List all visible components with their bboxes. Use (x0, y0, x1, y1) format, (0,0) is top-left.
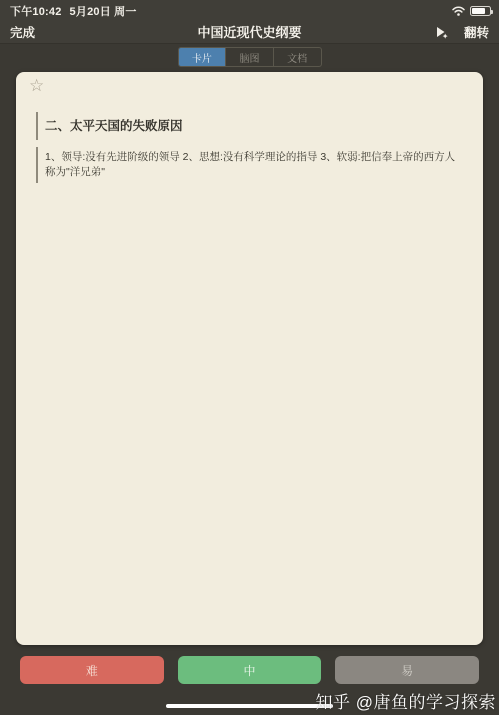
battery-icon (470, 6, 491, 16)
rating-button-row: 难 中 易 (20, 656, 479, 684)
status-datetime: 下午10:42 5月20日 周一 (10, 3, 137, 19)
rate-easy-button[interactable]: 易 (335, 656, 479, 684)
nav-actions: 翻转 (434, 23, 489, 41)
card-question-block: 二、太平天国的失败原因 (36, 112, 459, 140)
rate-medium-button[interactable]: 中 (178, 656, 322, 684)
view-switcher-row: 卡片 脑图 文档 (0, 47, 499, 67)
status-icons (452, 6, 491, 16)
tab-document[interactable]: 文档 (273, 48, 321, 66)
view-switcher: 卡片 脑图 文档 (178, 47, 322, 67)
top-bar: 下午10:42 5月20日 周一 完成 中国近现代史纲要 (0, 0, 499, 44)
status-date: 5月20日 周一 (70, 3, 137, 19)
navigation-bar: 完成 中国近现代史纲要 翻转 (0, 20, 499, 43)
app-screen: 下午10:42 5月20日 周一 完成 中国近现代史纲要 (0, 0, 499, 715)
watermark: 知乎 @唐鱼的学习探索 (316, 688, 496, 713)
speak-icon[interactable] (434, 25, 450, 39)
status-time: 下午10:42 (10, 3, 62, 19)
card-answer: 1、领导:没有先进阶级的领导 2、思想:没有科学理论的指导 3、软弱:把信奉上帝… (45, 150, 459, 180)
rate-hard-button[interactable]: 难 (20, 656, 164, 684)
card-answer-block: 1、领导:没有先进阶级的领导 2、思想:没有科学理论的指导 3、软弱:把信奉上帝… (36, 147, 459, 183)
wifi-icon (452, 6, 465, 16)
home-indicator[interactable] (166, 704, 333, 708)
status-bar: 下午10:42 5月20日 周一 (0, 0, 499, 20)
deck-title: 中国近现代史纲要 (0, 22, 499, 41)
card-question: 二、太平天国的失败原因 (45, 119, 459, 133)
done-button[interactable]: 完成 (10, 23, 35, 41)
flip-button[interactable]: 翻转 (464, 23, 489, 41)
star-icon[interactable]: ☆ (29, 78, 44, 95)
tab-card[interactable]: 卡片 (179, 48, 226, 66)
tab-mindmap[interactable]: 脑图 (225, 48, 273, 66)
flashcard: ☆ 二、太平天国的失败原因 1、领导:没有先进阶级的领导 2、思想:没有科学理论… (16, 72, 483, 645)
